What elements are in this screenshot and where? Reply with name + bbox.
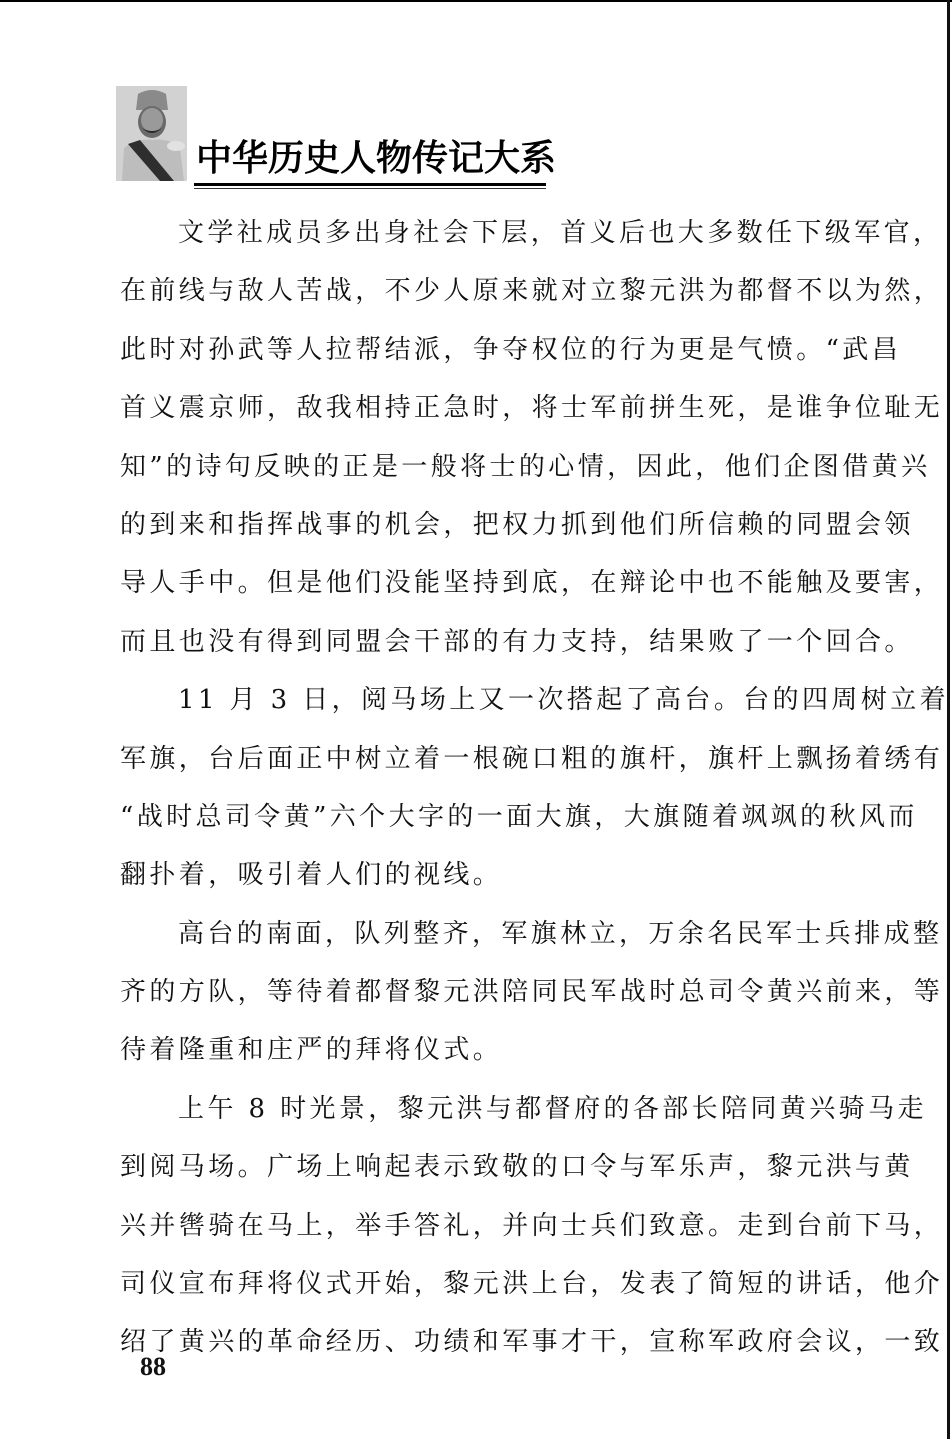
portrait-photo-icon: [116, 86, 187, 181]
text-line: 司仪宣布拜将仪式开始，黎元洪上台，发表了简短的讲话，他介: [120, 1262, 832, 1320]
text-line: 的到来和指挥战事的机会，把权力抓到他们所信赖的同盟会领: [120, 503, 832, 561]
text-line: 在前线与敌人苦战，不少人原来就对立黎元洪为都督不以为然，: [120, 269, 832, 327]
text-line: 导人手中。但是他们没能坚持到底，在辩论中也不能触及要害，: [120, 561, 832, 619]
text-line: 知”的诗句反映的正是一般将士的心情，因此，他们企图借黄兴: [120, 445, 832, 503]
page-header: 中华历史人物传记大系: [116, 86, 556, 186]
title-underline-thin: [194, 188, 546, 189]
text-line: 兴并辔骑在马上，举手答礼，并向士兵们致意。走到台前下马，: [120, 1204, 832, 1262]
body-text: 文学社成员多出身社会下层，首义后也大多数任下级军官， 在前线与敌人苦战，不少人原…: [120, 211, 832, 1379]
text-line: 待着隆重和庄严的拜将仪式。: [120, 1028, 832, 1086]
text-line: 高台的南面，队列整齐，军旗林立，万余名民军士兵排成整: [120, 912, 832, 970]
page-number: 88: [140, 1352, 166, 1382]
text-line: 此时对孙武等人拉帮结派，争夺权位的行为更是气愤。“武昌: [120, 328, 832, 386]
text-line: 齐的方队，等待着都督黎元洪陪同民军战时总司令黄兴前来，等: [120, 970, 832, 1028]
series-title: 中华历史人物传记大系: [196, 138, 556, 178]
text-line: 绍了黄兴的革命经历、功绩和军事才干，宣称军政府会议，一致: [120, 1320, 832, 1378]
page-border-right: [947, 0, 950, 1439]
text-line: 上午 8 时光景，黎元洪与都督府的各部长陪同黄兴骑马走: [120, 1087, 832, 1145]
text-line: 而且也没有得到同盟会干部的有力支持，结果败了一个回合。: [120, 620, 832, 678]
page-border-top: [0, 0, 952, 2]
text-line: 翻扑着，吸引着人们的视线。: [120, 853, 832, 911]
text-line: 11 月 3 日，阅马场上又一次搭起了高台。台的四周树立着: [120, 678, 832, 736]
text-line: 到阅马场。广场上响起表示致敬的口令与军乐声，黎元洪与黄: [120, 1145, 832, 1203]
text-line: 文学社成员多出身社会下层，首义后也大多数任下级军官，: [120, 211, 832, 269]
text-line: “战时总司令黄”六个大字的一面大旗，大旗随着飒飒的秋风而: [120, 795, 832, 853]
text-line: 首义震京师，敌我相持正急时，将士军前拼生死，是谁争位耻无: [120, 386, 832, 444]
title-underline: [194, 183, 546, 186]
text-line: 军旗，台后面正中树立着一根碗口粗的旗杆，旗杆上飘扬着绣有: [120, 737, 832, 795]
